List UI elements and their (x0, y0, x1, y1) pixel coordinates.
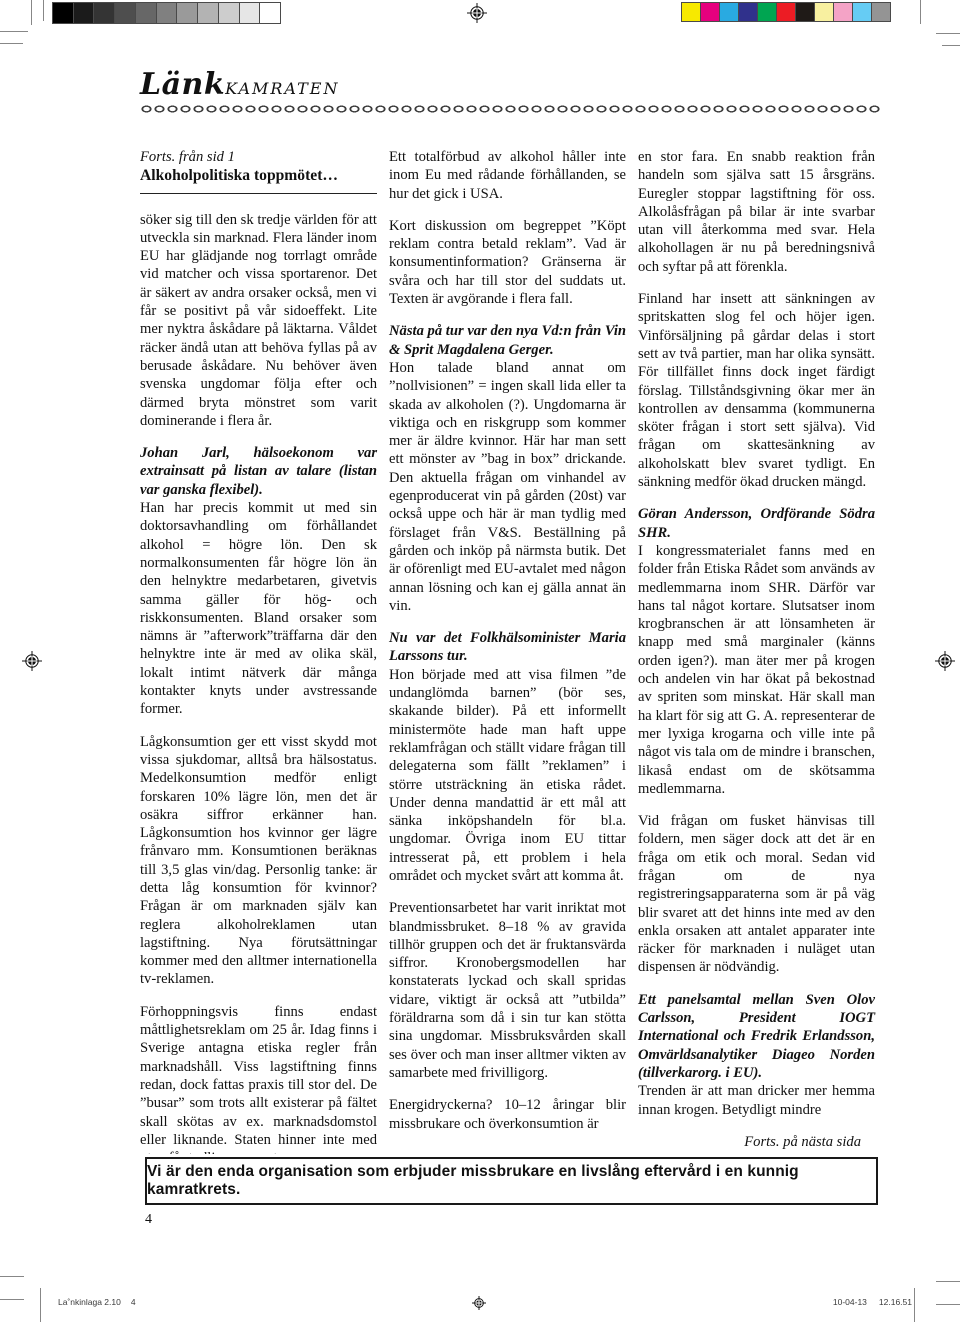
crop-mark (936, 1304, 960, 1305)
article-subheading: Nästa på tur var den nya Vd:n från Vin &… (389, 322, 626, 359)
article-paragraph: Ett totalförbud av alkohol håller inte i… (389, 148, 626, 203)
article-paragraph: Förhoppningsvis finns endast måttlighets… (140, 1003, 377, 1154)
grayscale-cell (177, 3, 198, 23)
slogan-text: Vi är den enda organisation som erbjuder… (147, 1163, 876, 1199)
article-column-3: en stor fara. En snabb reaktion från han… (638, 148, 875, 1154)
crop-mark (936, 1281, 960, 1282)
color-cell (853, 3, 872, 21)
grayscale-cell (198, 3, 219, 23)
registration-mark-icon (22, 651, 42, 671)
article-paragraph: Vid frågan om fusket hänvisas till folde… (638, 812, 875, 977)
grayscale-cell (115, 3, 136, 23)
crop-mark (40, 1288, 41, 1322)
masthead-title: LänkKAMRATEN (140, 72, 880, 103)
registration-mark-icon (472, 1296, 486, 1310)
article-subheading: Ett panelsamtal mellan Sven Olov Carlsso… (638, 991, 875, 1082)
color-calibration-bar (681, 2, 891, 22)
article-paragraph: Energidryckerna? 10–12 åringar blir miss… (389, 1096, 626, 1133)
article-paragraph: en stor fara. En snabb reaktion från han… (638, 148, 875, 276)
article-paragraph: Finland har insett att sänkningen av spr… (638, 290, 875, 491)
article-paragraph: Trenden är att man dricker mer hemma inn… (638, 1082, 875, 1119)
imprint-page: 4 (131, 1297, 136, 1307)
registration-mark-icon (467, 3, 487, 23)
article-paragraph: Preventionsarbetet har varit inriktat mo… (389, 899, 626, 1082)
crop-mark (920, 0, 921, 24)
article-column-1: Forts. från sid 1Alkoholpolitiska toppmö… (140, 148, 377, 1154)
masthead: LänkKAMRATEN (140, 72, 880, 114)
grayscale-calibration-bar (52, 2, 281, 24)
grayscale-cell (219, 3, 240, 23)
page-number: 4 (145, 1212, 152, 1228)
article-subheading: Göran Andersson, Ordförande Södra SHR. (638, 505, 875, 542)
imprint-filename: La˚nkinlaga 2.10 (58, 1297, 121, 1307)
masthead-primary: Länk (140, 67, 225, 102)
color-cell (796, 3, 815, 21)
article-paragraph: I kongressmaterialet fanns med en folder… (638, 542, 875, 798)
grayscale-cell (157, 3, 178, 23)
color-cell (834, 3, 853, 21)
color-cell (815, 3, 834, 21)
grayscale-cell (53, 3, 74, 23)
crop-mark (31, 0, 32, 25)
crop-mark (936, 33, 960, 34)
article-paragraph: Lågkonsumtion ger ett visst skydd mot vi… (140, 733, 377, 989)
masthead-secondary: KAMRATEN (225, 79, 339, 98)
color-cell (720, 3, 739, 21)
crop-mark (0, 1299, 24, 1300)
printed-page: LänkKAMRATEN Forts. från sid 1Alkoholpol… (0, 0, 960, 1322)
imprint-time: 12.16.51 (879, 1297, 912, 1307)
chain-link-border (140, 104, 880, 114)
continued-from-note: Forts. från sid 1 (140, 148, 377, 166)
crop-mark (914, 1288, 915, 1322)
grayscale-cell (260, 3, 280, 23)
imprint-right: 10-04-1312.16.51 (833, 1297, 912, 1307)
crop-mark (0, 1276, 24, 1277)
article-column-2: Ett totalförbud av alkohol håller inte i… (389, 148, 626, 1154)
article-paragraph: söker sig till den sk tredje världen för… (140, 211, 377, 431)
article-paragraph: Han har precis kommit ut med sin doktors… (140, 499, 377, 719)
grayscale-cell (74, 3, 95, 23)
registration-mark-icon (935, 651, 955, 671)
continued-next-note: Forts. på nästa sida (638, 1133, 861, 1151)
article-columns: Forts. från sid 1Alkoholpolitiska toppmö… (140, 148, 876, 1154)
color-cell (739, 3, 758, 21)
crop-mark (0, 31, 28, 32)
article-paragraph: Kort diskussion om begreppet ”Köpt rekla… (389, 217, 626, 308)
color-cell (872, 3, 890, 21)
grayscale-cell (94, 3, 115, 23)
article-title: Alkoholpolitiska toppmötet… (140, 167, 377, 185)
grayscale-cell (136, 3, 157, 23)
grayscale-cell (240, 3, 261, 23)
crop-mark (942, 45, 960, 46)
heading-rule (140, 193, 377, 194)
imprint-left: La˚nkinlaga 2.104 (58, 1297, 136, 1307)
crop-mark (43, 0, 44, 21)
article-subheading: Johan Jarl, hälsoekonom var extrainsatt … (140, 444, 377, 499)
crop-mark (0, 43, 23, 44)
color-cell (777, 3, 796, 21)
article-paragraph: Hon började med att visa filmen ”de unda… (389, 666, 626, 886)
color-cell (701, 3, 720, 21)
article-paragraph: Hon talade bland annat om ”nollvisionen”… (389, 359, 626, 615)
color-cell (758, 3, 777, 21)
slogan-banner: Vi är den enda organisation som erbjuder… (145, 1157, 878, 1205)
color-cell (682, 3, 701, 21)
imprint-date: 10-04-13 (833, 1297, 867, 1307)
article-subheading: Nu var det Folkhälsominister Maria Larss… (389, 629, 626, 666)
